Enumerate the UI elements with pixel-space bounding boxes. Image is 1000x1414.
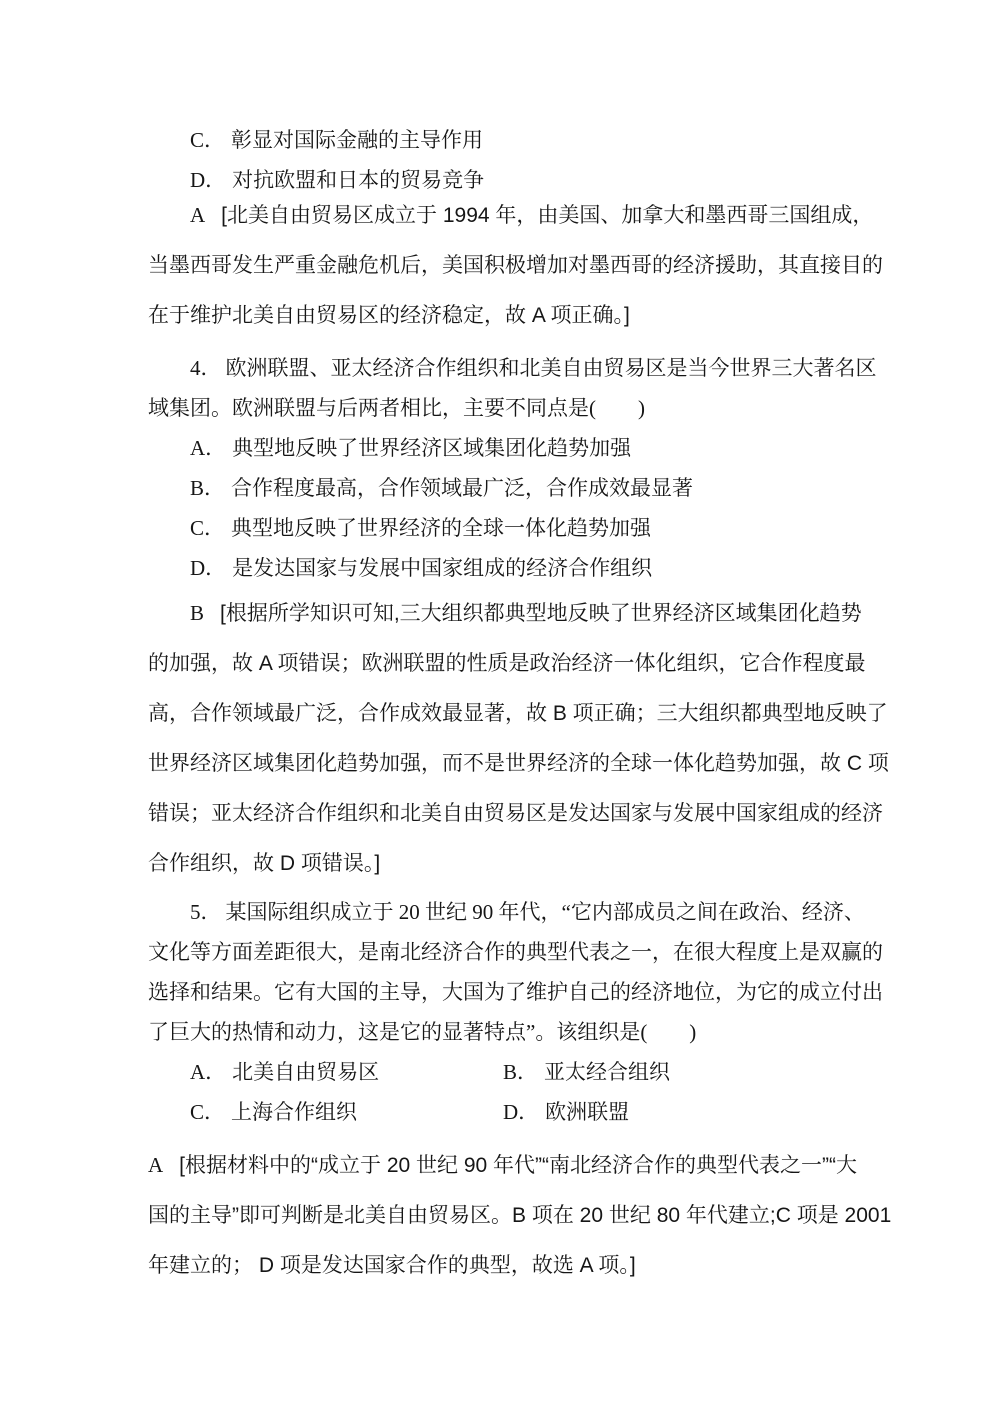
stem-line: 了巨大的热情和动力，这是它的显著特点”。该组织是( ) bbox=[148, 1012, 858, 1052]
document-page: C．彰显对国际金融的主导作用 D．对抗欧盟和日本的贸易竞争 A[北美自由贸易区成… bbox=[0, 0, 1000, 1414]
option-label: A． bbox=[190, 436, 226, 460]
option-row: C．典型地反映了世界经济的全球一体化趋势加强 bbox=[148, 508, 858, 548]
question4-stem: 4．欧洲联盟、亚太经济合作组织和北美自由贸易区是当今世界三大著名区 域集团。欧洲… bbox=[148, 348, 858, 428]
option-text: 合作程度最高，合作领域最广泛，合作成效最显著 bbox=[231, 476, 693, 500]
answer-line: 当墨西哥发生严重金融危机后，美国积极增加对墨西哥的经济援助，其直接目的 bbox=[148, 241, 858, 291]
answer-line: 错误；亚太经济合作组织和北美自由贸易区是发达国家与发展中国家组成的经济 bbox=[148, 789, 858, 839]
answer-text: [根据所学知识可知,三大组织都典型地反映了世界经济区域集团化趋势 bbox=[220, 602, 862, 625]
option-text: 上海合作组织 bbox=[231, 1100, 357, 1124]
option-text: 彰显对国际金融的主导作用 bbox=[231, 128, 483, 152]
answer-line: 在于维护北美自由贸易区的经济稳定，故 A 项正确。] bbox=[148, 291, 858, 341]
option-row: C．彰显对国际金融的主导作用 bbox=[148, 120, 858, 160]
question-number: 4． bbox=[190, 356, 222, 380]
option-row: A．北美自由贸易区 bbox=[148, 1052, 503, 1092]
option-label: C． bbox=[190, 128, 225, 152]
stem-text: 某国际组织成立于 20 世纪 90 年代，“它内部成员之间在政治、经济、 bbox=[226, 900, 865, 924]
question3-answer: A[北美自由贸易区成立于 1994 年，由美国、加拿大和墨西哥三国组成， 当墨西… bbox=[148, 190, 858, 341]
option-row: D．欧洲联盟 bbox=[503, 1092, 629, 1132]
answer-letter: A bbox=[148, 1140, 163, 1190]
answer-line: 合作组织，故 D 项错误。] bbox=[148, 839, 858, 889]
answer-line: 年建立的； D 项是发达国家合作的典型，故选 A 项。] bbox=[148, 1241, 858, 1291]
option-text: 北美自由贸易区 bbox=[232, 1060, 379, 1084]
stem-line: 文化等方面差距很大，是南北经济合作的典型代表之一，在很大程度上是双赢的 bbox=[148, 932, 858, 972]
stem-line: 域集团。欧洲联盟与后两者相比，主要不同点是( ) bbox=[148, 388, 858, 428]
option-text: 典型地反映了世界经济的全球一体化趋势加强 bbox=[231, 516, 651, 540]
question3-options: C．彰显对国际金融的主导作用 D．对抗欧盟和日本的贸易竞争 bbox=[148, 120, 858, 200]
option-row: A．典型地反映了世界经济区域集团化趋势加强 bbox=[148, 428, 858, 468]
answer-line: 的加强，故 A 项错误；欧洲联盟的性质是政治经济一体化组织，它合作程度最 bbox=[148, 639, 858, 689]
option-grid-row: A．北美自由贸易区 B．亚太经合组织 bbox=[148, 1052, 858, 1092]
option-label: B． bbox=[503, 1060, 538, 1084]
question5-answer: A[根据材料中的“成立于 20 世纪 90 年代”“南北经济合作的典型代表之一”… bbox=[148, 1140, 858, 1291]
stem-text: 欧洲联盟、亚太经济合作组织和北美自由贸易区是当今世界三大著名区 bbox=[226, 356, 877, 380]
question-number: 5． bbox=[190, 900, 222, 924]
question5-options: A．北美自由贸易区 B．亚太经合组织 C．上海合作组织 D．欧洲联盟 bbox=[148, 1052, 858, 1132]
option-label: D． bbox=[190, 168, 226, 192]
option-label: B． bbox=[190, 476, 225, 500]
answer-line: 高，合作领域最广泛，合作成效最显著，故 B 项正确；三大组织都典型地反映了 bbox=[148, 689, 858, 739]
option-label: C． bbox=[190, 516, 225, 540]
answer-letter: B bbox=[190, 588, 204, 638]
answer-letter: A bbox=[190, 190, 205, 240]
option-text: 亚太经合组织 bbox=[544, 1060, 670, 1084]
stem-line: 选择和结果。它有大国的主导，大国为了维护自己的经济地位，为它的成立付出 bbox=[148, 972, 858, 1012]
option-label: D． bbox=[503, 1100, 539, 1124]
answer-text: [北美自由贸易区成立于 1994 年，由美国、加拿大和墨西哥三国组成， bbox=[221, 204, 873, 227]
stem-line: 5．某国际组织成立于 20 世纪 90 年代，“它内部成员之间在政治、经济、 bbox=[148, 892, 858, 932]
option-label: C． bbox=[190, 1100, 225, 1124]
answer-line: A[根据材料中的“成立于 20 世纪 90 年代”“南北经济合作的典型代表之一”… bbox=[148, 1140, 858, 1191]
answer-text: [根据材料中的“成立于 20 世纪 90 年代”“南北经济合作的典型代表之一”“… bbox=[179, 1154, 857, 1177]
question5-stem: 5．某国际组织成立于 20 世纪 90 年代，“它内部成员之间在政治、经济、 文… bbox=[148, 892, 858, 1052]
option-text: 欧洲联盟 bbox=[545, 1100, 629, 1124]
option-label: D． bbox=[190, 556, 226, 580]
answer-line: B[根据所学知识可知,三大组织都典型地反映了世界经济区域集团化趋势 bbox=[148, 588, 858, 639]
answer-line: 世界经济区域集团化趋势加强，而不是世界经济的全球一体化趋势加强，故 C 项 bbox=[148, 739, 858, 789]
option-text: 对抗欧盟和日本的贸易竞争 bbox=[232, 168, 484, 192]
stem-line: 4．欧洲联盟、亚太经济合作组织和北美自由贸易区是当今世界三大著名区 bbox=[148, 348, 858, 388]
option-text: 典型地反映了世界经济区域集团化趋势加强 bbox=[232, 436, 631, 460]
option-grid-row: C．上海合作组织 D．欧洲联盟 bbox=[148, 1092, 858, 1132]
option-row: C．上海合作组织 bbox=[148, 1092, 503, 1132]
option-row: B．亚太经合组织 bbox=[503, 1052, 670, 1092]
question4-options: A．典型地反映了世界经济区域集团化趋势加强 B．合作程度最高，合作领域最广泛，合… bbox=[148, 428, 858, 588]
question4-answer: B[根据所学知识可知,三大组织都典型地反映了世界经济区域集团化趋势 的加强，故 … bbox=[148, 588, 858, 889]
option-label: A． bbox=[190, 1060, 226, 1084]
option-text: 是发达国家与发展中国家组成的经济合作组织 bbox=[232, 556, 652, 580]
option-row: B．合作程度最高，合作领域最广泛，合作成效最显著 bbox=[148, 468, 858, 508]
answer-line: A[北美自由贸易区成立于 1994 年，由美国、加拿大和墨西哥三国组成， bbox=[148, 190, 858, 241]
answer-line: 国的主导”即可判断是北美自由贸易区。B 项在 20 世纪 80 年代建立;C 项… bbox=[148, 1191, 858, 1241]
option-row: D．是发达国家与发展中国家组成的经济合作组织 bbox=[148, 548, 858, 588]
